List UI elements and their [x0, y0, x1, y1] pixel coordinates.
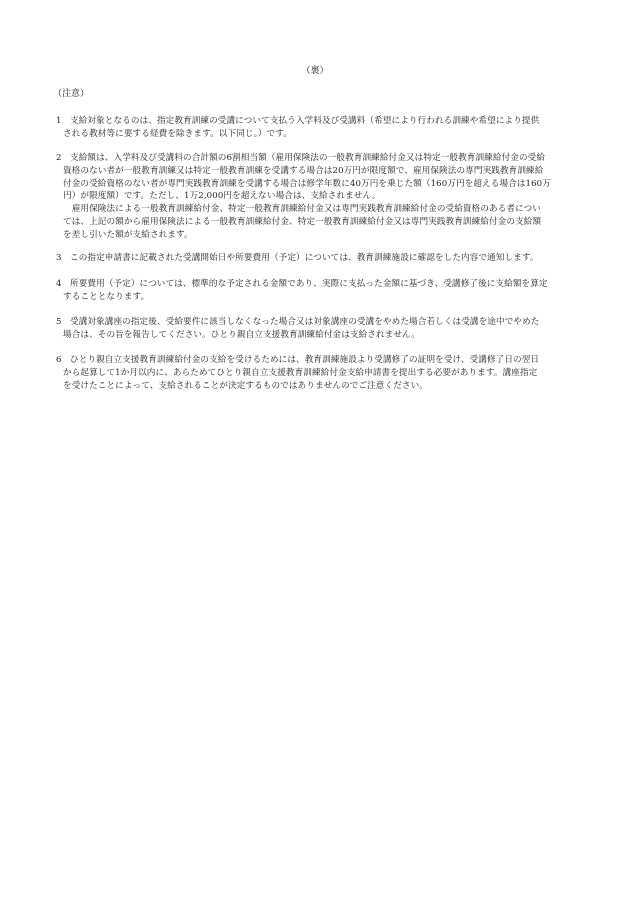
note-number: 3 [56, 252, 70, 265]
note-item-2: 2支給額は、入学料及び受講料の合計額の6割相当額（雇用保険法の一般教育訓練給付金… [56, 152, 584, 242]
note-item-6: 6ひとり親自立支援教育訓練給付金の支給を受けるためには、教育訓練施設より受講修了… [56, 354, 584, 392]
note-line: 5受講対象講座の指定後、受給要件に該当しなくなった場合又は対象講座の受講をやめた… [56, 316, 584, 329]
note-item-4: 4所要費用（予定）については、標準的な予定される金額であり、実際に支払った金額に… [56, 278, 584, 304]
note-line: 3この指定申請書に記載された受講開始日や所要費用（予定）については、教育訓練施設… [56, 252, 584, 265]
note-line: 付金の受給資格のない者が専門実践教育訓練を受講する場合は修学年数に40万円を乗じ… [56, 178, 584, 191]
note-line: ては、上記の額から雇用保険法による一般教育訓練給付金、特定一般教育訓練給付金又は… [56, 216, 584, 229]
note-line: 2支給額は、入学料及び受講料の合計額の6割相当額（雇用保険法の一般教育訓練給付金… [56, 152, 584, 165]
document-page: （裏） （注意） 1支給対象となるのは、指定教育訓練の受講について支払う入学料及… [0, 0, 630, 902]
note-number: 6 [56, 354, 70, 367]
page-side-title: （裏） [0, 66, 630, 77]
note-line: 4所要費用（予定）については、標準的な予定される金額であり、実際に支払った金額に… [56, 278, 584, 291]
note-line: を差し引いた額が支給されます。 [56, 229, 584, 242]
note-line: から起算して1か月以内に、あらためてひとり親自立支援教育訓練給付金支給申請書を提… [56, 367, 584, 380]
note-number: 1 [56, 115, 70, 128]
notes-heading: （注意） [53, 89, 89, 100]
note-line: を受けたことによって、支給されることが決定するものではありませんのでご注意くださ… [56, 380, 584, 393]
note-line: 場合は、その旨を報告してください。ひとり親自立支援教育訓練給付金は支給されません… [56, 329, 584, 342]
note-item-3: 3この指定申請書に記載された受講開始日や所要費用（予定）については、教育訓練施設… [56, 252, 584, 265]
note-number: 5 [56, 316, 70, 329]
note-number: 2 [56, 152, 70, 165]
note-line: 1支給対象となるのは、指定教育訓練の受講について支払う入学料及び受講料（希望によ… [56, 115, 584, 128]
note-number: 4 [56, 278, 70, 291]
note-item-1: 1支給対象となるのは、指定教育訓練の受講について支払う入学料及び受講料（希望によ… [56, 115, 584, 141]
note-line: される教材等に要する経費を除きます。以下同じ。）です。 [56, 128, 584, 141]
note-line: することとなります。 [56, 291, 584, 304]
note-item-5: 5受講対象講座の指定後、受給要件に該当しなくなった場合又は対象講座の受講をやめた… [56, 316, 584, 342]
note-line: 6ひとり親自立支援教育訓練給付金の支給を受けるためには、教育訓練施設より受講修了… [56, 354, 584, 367]
note-line: 雇用保険法による一般教育訓練給付金、特定一般教育訓練給付金又は専門実践教育訓練給… [56, 203, 584, 216]
note-line: 資格のない者が一般教育訓練又は特定一般教育訓練を受講する場合は20万円が限度額で… [56, 165, 584, 178]
note-line: 円）が限度額）です。ただし、1万2,000円を超えない場合は、支給されません。 [56, 190, 584, 203]
